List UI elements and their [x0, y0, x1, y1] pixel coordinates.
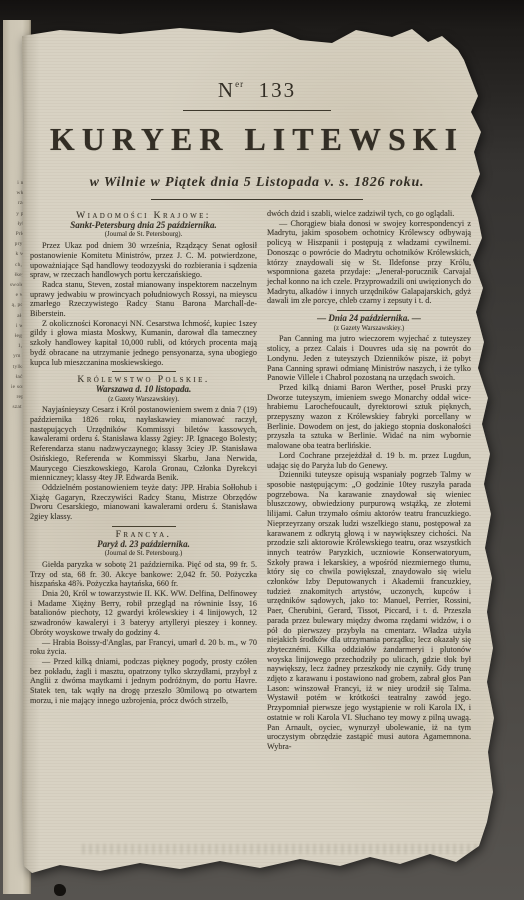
paragraph: Oddzielném postanowieniem teyże daty: JP… — [30, 483, 257, 522]
masthead-dateline: w Wilnie w Piątek dnia 5 Listopada v. s.… — [30, 175, 484, 191]
section-dateline: — Dnia 24 października. — — [267, 314, 471, 324]
section-dateline: Sankt-Petersburg dnia 25 października. — [30, 221, 257, 231]
issue-superscript: er — [235, 79, 244, 89]
left-column: Wiadomości Krajowe: Sankt-Petersburg dni… — [30, 209, 257, 752]
newspaper-title: KURYER LITEWSKI — [30, 121, 484, 158]
paragraph: Przed kilką dniami Baron Werther, poseł … — [267, 383, 471, 451]
column-layout: Wiadomości Krajowe: Sankt-Petersburg dni… — [30, 209, 484, 752]
newspaper-page-wrapper: Ner 133 KURYER LITEWSKI w Wilnie w Piąte… — [0, 0, 524, 900]
source-line: (z Gazety Warszawskiey.) — [267, 324, 471, 334]
paragraph: Dzienniki tuteysze opisują wspaniały pog… — [267, 470, 471, 751]
section-dateline: Paryż d. 23 października. — [30, 540, 257, 550]
paragraph: — Przed kilką dniami, podczas piękney po… — [30, 657, 257, 706]
source-line: (Journal de St. Petersbourg.) — [30, 549, 257, 559]
masthead-rule-bottom — [151, 199, 363, 200]
page-content: Ner 133 KURYER LITEWSKI w Wilnie w Piąte… — [30, 78, 484, 752]
issue-number: 133 — [259, 78, 297, 102]
masthead: Ner 133 KURYER LITEWSKI w Wilnie w Piąte… — [30, 78, 484, 200]
issue-prefix: N — [218, 78, 235, 102]
paragraph: — Hrabia Boissy-d'Anglas, par Francyi, u… — [30, 638, 257, 657]
paragraph: Przez Ukaz pod dniem 30 września, Rządzą… — [30, 241, 257, 280]
section-divider — [112, 526, 176, 527]
newspaper-page: Ner 133 KURYER LITEWSKI w Wilnie w Piąte… — [22, 22, 500, 884]
paragraph: Dnia 20, Król w towarzystwie II. KK. WW.… — [30, 589, 257, 638]
paragraph-continuation: dwóch dzid i szabli, wielce zadziwił tyc… — [267, 209, 471, 219]
paragraph: Nayjaśnieyszy Cesarz i Król postanowieni… — [30, 405, 257, 483]
paragraph: Radca stanu, Steven, został mianowany in… — [30, 280, 257, 319]
masthead-rule-top — [183, 110, 331, 111]
paragraph: Giełda paryzka w sobotę 21 października.… — [30, 560, 257, 589]
source-line: (z Gazety Warszawskiey). — [30, 395, 257, 405]
paragraph: — Chorągiew biała donosi w swojey korres… — [267, 219, 471, 306]
paragraph: Lord Cochrane przejeżdżał d. 19 b. m. pr… — [267, 451, 471, 470]
section-divider — [337, 310, 401, 311]
paragraph: Z okoliczności Koronacyi NN. Cesarstwa I… — [30, 319, 257, 368]
source-line: (Journal de St. Petersbourg). — [30, 230, 257, 240]
scan-artifact-notch — [54, 884, 66, 896]
reverse-side-show-through — [82, 844, 482, 854]
issue-number-line: Ner 133 — [30, 78, 484, 103]
scanner-background: i nd p wkiey rzęby y prze łybłis Prkow p… — [0, 0, 524, 900]
paragraph: Pan Canning ma jutro wieczorem wyjechać … — [267, 334, 471, 383]
right-column: dwóch dzid i szabli, wielce zadziwił tyc… — [267, 209, 471, 752]
section-dateline: Warszawa d. 10 listopada. — [30, 385, 257, 395]
section-divider — [112, 371, 176, 372]
